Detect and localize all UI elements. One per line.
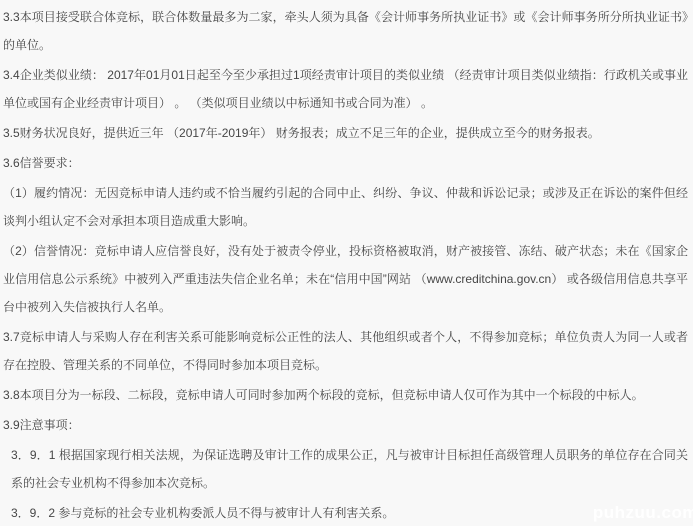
paragraph-3-3: 3.3本项目接受联合体竞标，联合体数量最多为二家，牵头人须为具备《会计师事务所执…: [3, 3, 688, 59]
paragraph-3-9-2: 3．9．2 参与竞标的社会专业机构委派人员不得与被审计人有利害关系。: [3, 499, 688, 526]
tender-notice-text: 3.3本项目接受联合体竞标，联合体数量最多为二家，牵头人须为具备《会计师事务所执…: [0, 0, 693, 526]
paragraph-3-5: 3.5财务状况良好，提供近三年 （2017年-2019年） 财务报表；成立不足三…: [3, 119, 688, 147]
paragraph-3-6: 3.6信誉要求：: [3, 149, 688, 177]
paragraph-3-6-item-2: （2）信誉情况：竞标申请人应信誉良好，没有处于被责令停业，投标资格被取消，财产被…: [3, 237, 688, 321]
document-page: { "page": { "background": "#f8f8f8", "te…: [0, 0, 693, 526]
site-watermark: puhzuu.com: [593, 503, 693, 523]
paragraph-3-6-item-1: （1）履约情况：无因竞标申请人违约或不恰当履约引起的合同中止、纠纷、争议、仲裁和…: [3, 179, 688, 235]
paragraph-3-7: 3.7竞标申请人与采购人存在利害关系可能影响竞标公正性的法人、其他组织或者个人，…: [3, 323, 688, 379]
paragraph-3-9-1: 3．9．1 根据国家现行相关法规，为保证选聘及审计工作的成果公正，凡与被审计目标…: [3, 441, 688, 497]
paragraph-3-4: 3.4企业类似业绩： 2017年01月01日起至今至少承担过1项经责审计项目的类…: [3, 61, 688, 117]
paragraph-3-8: 3.8本项目分为一标段、二标段，竞标申请人可同时参加两个标段的竞标，但竞标申请人…: [3, 381, 688, 409]
paragraph-3-9: 3.9注意事项：: [3, 411, 688, 439]
